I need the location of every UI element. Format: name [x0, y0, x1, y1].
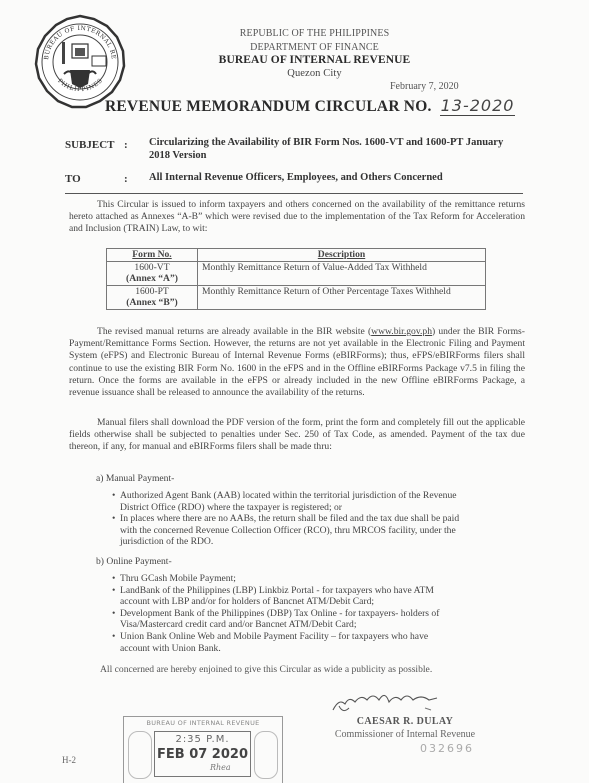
- to-text: All Internal Revenue Officers, Employees…: [149, 172, 443, 183]
- circular-number: 13-2020: [440, 96, 516, 116]
- description-cell: Monthly Remittance Return of Value-Added…: [198, 261, 486, 285]
- header-department: DEPARTMENT OF FINANCE: [20, 42, 589, 53]
- stamp-date-box: 2:35 P.M. FEB 07 2020 Rhea: [154, 731, 251, 777]
- signatory-title: Commissioner of Internal Revenue: [320, 729, 490, 740]
- form-number: 1600-PT: [135, 286, 169, 297]
- annex-label: (Annex “A”): [111, 273, 193, 285]
- document-title: REVENUE MEMORANDUM CIRCULAR NO. 13-2020: [105, 96, 515, 116]
- paragraph-intro-text: This Circular is issued to inform taxpay…: [69, 199, 525, 234]
- paragraph-manual-filers: Manual filers shall download the PDF ver…: [69, 417, 525, 454]
- header-republic: REPUBLIC OF THE PHILIPPINES: [20, 28, 589, 39]
- manual-payment-list: Authorized Agent Bank (AAB) located with…: [112, 490, 460, 548]
- page-code: H-2: [62, 755, 76, 765]
- list-item: Authorized Agent Bank (AAB) located with…: [112, 490, 460, 513]
- table-row: 1600-PT (Annex “B”) Monthly Remittance R…: [107, 285, 486, 309]
- stamp-date: FEB 07 2020: [155, 747, 250, 762]
- to-label: TO: [65, 173, 81, 185]
- subject-text: Circularizing the Availability of BIR Fo…: [149, 136, 509, 162]
- list-item: Union Bank Online Web and Mobile Payment…: [112, 631, 460, 654]
- header-divider: [65, 193, 523, 194]
- online-payment-list: Thru GCash Mobile Payment; LandBank of t…: [112, 573, 460, 654]
- list-item: LandBank of the Philippines (LBP) Linkbi…: [112, 585, 460, 608]
- description-cell: Monthly Remittance Return of Other Perce…: [198, 285, 486, 309]
- paragraph-availability-text-start: The revised manual returns are already a…: [97, 326, 371, 337]
- subject-label: SUBJECT: [65, 139, 115, 151]
- table-header-row: Form No. Description: [107, 249, 486, 262]
- paragraph-availability: The revised manual returns are already a…: [69, 326, 525, 399]
- header-bureau: BUREAU OF INTERNAL REVENUE: [20, 54, 589, 66]
- title-prefix: REVENUE MEMORANDUM CIRCULAR NO.: [105, 98, 432, 115]
- table-row: 1600-VT (Annex “A”) Monthly Remittance R…: [107, 261, 486, 285]
- list-item: Development Bank of the Philippines (DBP…: [112, 608, 460, 631]
- form-no-cell: 1600-PT (Annex “B”): [107, 285, 198, 309]
- header-city: Quezon City: [20, 68, 589, 79]
- form-no-cell: 1600-VT (Annex “A”): [107, 261, 198, 285]
- closing-statement: All concerned are hereby enjoined to giv…: [100, 664, 432, 675]
- list-item: Thru GCash Mobile Payment;: [112, 573, 460, 585]
- paragraph-manual-filers-text: Manual filers shall download the PDF ver…: [69, 417, 525, 452]
- stamp-letter-decoration: [254, 731, 278, 779]
- form-number: 1600-VT: [134, 262, 169, 273]
- to-colon: :: [124, 173, 128, 185]
- column-header-form-no: Form No.: [107, 249, 198, 262]
- received-stamp: BUREAU OF INTERNAL REVENUE 2:35 P.M. FEB…: [123, 716, 283, 783]
- annex-label: (Annex “B”): [111, 297, 193, 309]
- manual-payment-heading: a) Manual Payment-: [96, 473, 174, 484]
- paragraph-intro: This Circular is issued to inform taxpay…: [69, 199, 525, 236]
- stamp-header: BUREAU OF INTERNAL REVENUE: [124, 719, 282, 727]
- signature-icon: [325, 688, 475, 716]
- online-payment-heading: b) Online Payment-: [96, 556, 172, 567]
- bir-website-link[interactable]: www.bir.gov.ph: [371, 326, 432, 337]
- stamp-letter-decoration: [128, 731, 152, 779]
- signatory-name: CAESAR R. DULAY: [325, 716, 485, 727]
- document-date: February 7, 2020: [390, 81, 459, 92]
- serial-number: 032696: [420, 742, 474, 755]
- forms-table: Form No. Description 1600-VT (Annex “A”)…: [106, 248, 486, 310]
- column-header-description: Description: [198, 249, 486, 262]
- subject-colon: :: [124, 139, 128, 151]
- list-item: In places where there are no AABs, the r…: [112, 513, 460, 548]
- stamp-initials: Rhea: [210, 763, 231, 772]
- stamp-time: 2:35 P.M.: [155, 734, 250, 745]
